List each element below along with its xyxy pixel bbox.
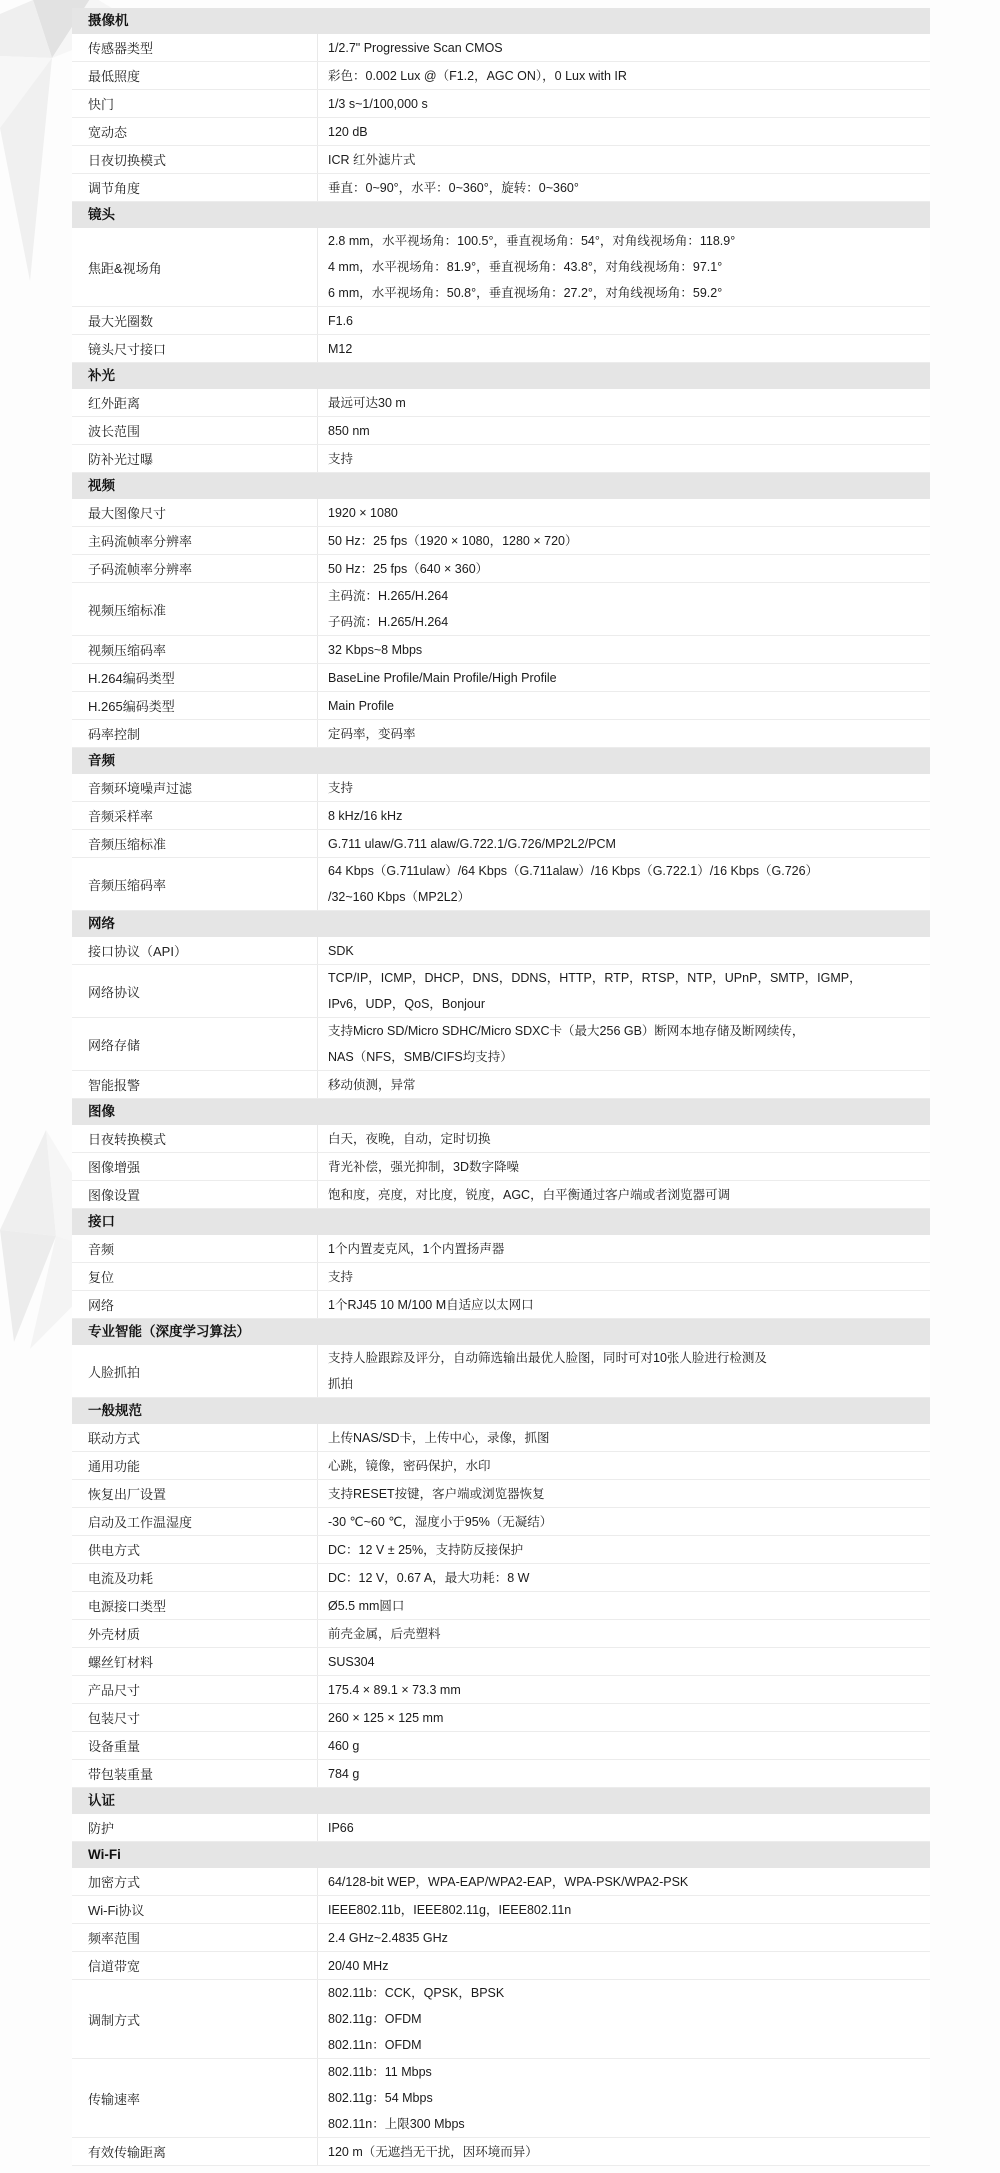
- section-title: 摄像机: [88, 13, 129, 28]
- spec-value: 802.11b：11 Mbps802.11g：54 Mbps802.11n：上限…: [318, 2059, 930, 2137]
- spec-label-text: 接口协议（API）: [88, 941, 187, 960]
- spec-value: 垂直：0~90°，水平：0~360°，旋转：0~360°: [318, 174, 930, 201]
- spec-value-line: 802.11b：CCK，QPSK，BPSK: [328, 1980, 920, 2006]
- spec-label-text: 最大图像尺寸: [88, 503, 166, 522]
- spec-value-line: 支持: [328, 1264, 920, 1290]
- section-header: 接口: [72, 1209, 930, 1235]
- spec-label-text: 红外距离: [88, 393, 140, 412]
- spec-label-text: 有效传输距离: [88, 2142, 166, 2161]
- spec-row: 启动及工作温湿度-30 ℃~60 ℃，湿度小于95%（无凝结）: [72, 1508, 930, 1536]
- spec-row: 最大光圈数F1.6: [72, 307, 930, 335]
- spec-label-text: 波长范围: [88, 421, 140, 440]
- section-header: Wi-Fi: [72, 1842, 930, 1868]
- spec-label: 智能报警: [72, 1071, 318, 1098]
- spec-label-text: 调节角度: [88, 178, 140, 197]
- spec-row: 音频采样率8 kHz/16 kHz: [72, 802, 930, 830]
- spec-value-line: 抓拍: [328, 1371, 920, 1397]
- spec-value-line: 移动侦测，异常: [328, 1072, 920, 1098]
- spec-value-line: 子码流：H.265/H.264: [328, 609, 920, 635]
- spec-label-text: Wi-Fi协议: [88, 1900, 144, 1919]
- spec-label-text: 智能报警: [88, 1075, 140, 1094]
- spec-label: 传感器类型: [72, 34, 318, 61]
- spec-label: 防护: [72, 1814, 318, 1841]
- spec-value: DC：12 V ± 25%，支持防反接保护: [318, 1536, 930, 1563]
- spec-row: 智能报警移动侦测，异常: [72, 1071, 930, 1099]
- spec-label: 音频压缩标准: [72, 830, 318, 857]
- spec-label-text: 网络协议: [88, 982, 140, 1001]
- spec-label: 音频: [72, 1235, 318, 1262]
- spec-value: 支持: [318, 445, 930, 472]
- spec-value: 50 Hz：25 fps（1920 × 1080，1280 × 720）: [318, 527, 930, 554]
- spec-value-line: 2.4 GHz~2.4835 GHz: [328, 1925, 920, 1951]
- spec-label: 产品尺寸: [72, 1676, 318, 1703]
- spec-label: 外壳材质: [72, 1620, 318, 1647]
- spec-row: 图像设置饱和度，亮度，对比度，锐度，AGC，白平衡通过客户端或者浏览器可调: [72, 1181, 930, 1209]
- spec-label: 调节角度: [72, 174, 318, 201]
- spec-label-text: 日夜切换模式: [88, 150, 166, 169]
- spec-value-line: 支持人脸跟踪及评分，自动筛选输出最优人脸图，同时可对10张人脸进行检测及: [328, 1345, 920, 1371]
- spec-value-line: 主码流：H.265/H.264: [328, 583, 920, 609]
- spec-value-line: ICR 红外滤片式: [328, 147, 920, 173]
- section-title: 视频: [88, 478, 115, 493]
- spec-value: 802.11b：CCK，QPSK，BPSK802.11g：OFDM802.11n…: [318, 1980, 930, 2058]
- spec-value-line: 460 g: [328, 1733, 920, 1759]
- spec-label-text: 镜头尺寸接口: [88, 339, 166, 358]
- spec-table: 摄像机传感器类型1/2.7" Progressive Scan CMOS最低照度…: [72, 8, 930, 2166]
- spec-label-text: 最大光圈数: [88, 311, 153, 330]
- spec-label-text: 音频压缩码率: [88, 875, 166, 894]
- spec-label: 主码流帧率分辨率: [72, 527, 318, 554]
- spec-value: 定码率，变码率: [318, 720, 930, 747]
- spec-label: 接口协议（API）: [72, 937, 318, 964]
- spec-label-text: 包装尺寸: [88, 1708, 140, 1727]
- spec-value-line: 背光补偿，强光抑制，3D数字降噪: [328, 1154, 920, 1180]
- spec-label-text: 快门: [88, 94, 114, 113]
- spec-row: 传感器类型1/2.7" Progressive Scan CMOS: [72, 34, 930, 62]
- spec-label-text: 视频压缩标准: [88, 600, 166, 619]
- spec-row: 焦距&视场角2.8 mm，水平视场角：100.5°，垂直视场角：54°，对角线视…: [72, 228, 930, 307]
- spec-value-line: 白天，夜晚，自动，定时切换: [328, 1126, 920, 1152]
- spec-value-line: SDK: [328, 938, 920, 964]
- spec-label: 恢复出厂设置: [72, 1480, 318, 1507]
- spec-row: 频率范围2.4 GHz~2.4835 GHz: [72, 1924, 930, 1952]
- spec-row: 主码流帧率分辨率50 Hz：25 fps（1920 × 1080，1280 × …: [72, 527, 930, 555]
- section-title: 网络: [88, 916, 115, 931]
- spec-label-text: 码率控制: [88, 724, 140, 743]
- spec-value: SUS304: [318, 1648, 930, 1675]
- spec-value-line: 6 mm，水平视场角：50.8°，垂直视场角：27.2°，对角线视场角：59.2…: [328, 280, 920, 306]
- spec-value-line: 1个内置麦克风，1个内置扬声器: [328, 1236, 920, 1262]
- spec-value: 260 × 125 × 125 mm: [318, 1704, 930, 1731]
- spec-value: Main Profile: [318, 692, 930, 719]
- spec-value-line: G.711 ulaw/G.711 alaw/G.722.1/G.726/MP2L…: [328, 831, 920, 857]
- spec-value: 64/128-bit WEP，WPA-EAP/WPA2-EAP，WPA-PSK/…: [318, 1868, 930, 1895]
- spec-value-line: 支持: [328, 446, 920, 472]
- spec-value: BaseLine Profile/Main Profile/High Profi…: [318, 664, 930, 691]
- spec-value: Ø5.5 mm圆口: [318, 1592, 930, 1619]
- spec-label-text: 图像增强: [88, 1157, 140, 1176]
- spec-value-line: 175.4 × 89.1 × 73.3 mm: [328, 1677, 920, 1703]
- section-header: 摄像机: [72, 8, 930, 34]
- spec-value: 175.4 × 89.1 × 73.3 mm: [318, 1676, 930, 1703]
- spec-label: 带包装重量: [72, 1760, 318, 1787]
- spec-value-line: BaseLine Profile/Main Profile/High Profi…: [328, 665, 920, 691]
- spec-row: 防补光过曝支持: [72, 445, 930, 473]
- spec-value: 20/40 MHz: [318, 1952, 930, 1979]
- section-header: 图像: [72, 1099, 930, 1125]
- spec-value: DC：12 V，0.67 A，最大功耗：8 W: [318, 1564, 930, 1591]
- spec-value-line: TCP/IP，ICMP，DHCP，DNS，DDNS，HTTP，RTP，RTSP，…: [328, 965, 920, 991]
- section-title: 接口: [88, 1214, 115, 1229]
- section-title: 补光: [88, 368, 115, 383]
- spec-value: 白天，夜晚，自动，定时切换: [318, 1125, 930, 1152]
- spec-row: H.264编码类型BaseLine Profile/Main Profile/H…: [72, 664, 930, 692]
- spec-value-line: 1/2.7" Progressive Scan CMOS: [328, 35, 920, 61]
- spec-label: 防补光过曝: [72, 445, 318, 472]
- spec-label-text: 图像设置: [88, 1185, 140, 1204]
- spec-value: 460 g: [318, 1732, 930, 1759]
- spec-value-line: 20/40 MHz: [328, 1953, 920, 1979]
- spec-label: 网络存储: [72, 1018, 318, 1070]
- section-header: 视频: [72, 473, 930, 499]
- spec-label-text: 宽动态: [88, 122, 127, 141]
- spec-label-text: 音频压缩标准: [88, 834, 166, 853]
- spec-value-line: 4 mm，水平视场角：81.9°，垂直视场角：43.8°，对角线视场角：97.1…: [328, 254, 920, 280]
- spec-label: 日夜转换模式: [72, 1125, 318, 1152]
- spec-label: 人脸抓拍: [72, 1345, 318, 1397]
- spec-label: 网络协议: [72, 965, 318, 1017]
- spec-value: 支持: [318, 1263, 930, 1290]
- spec-label: H.264编码类型: [72, 664, 318, 691]
- spec-value: 120 m（无遮挡无干扰，因环境而异）: [318, 2138, 930, 2165]
- spec-label: 视频压缩标准: [72, 583, 318, 635]
- spec-label-text: 通用功能: [88, 1456, 140, 1475]
- spec-value-line: 32 Kbps~8 Mbps: [328, 637, 920, 663]
- spec-label: 通用功能: [72, 1452, 318, 1479]
- spec-row: 防护IP66: [72, 1814, 930, 1842]
- spec-label: 复位: [72, 1263, 318, 1290]
- spec-value-line: 64/128-bit WEP，WPA-EAP/WPA2-EAP，WPA-PSK/…: [328, 1869, 920, 1895]
- spec-value-line: 上传NAS/SD卡，上传中心，录像，抓图: [328, 1425, 920, 1451]
- section-title: 图像: [88, 1104, 115, 1119]
- spec-value-line: M12: [328, 336, 920, 362]
- spec-row: 网络协议TCP/IP，ICMP，DHCP，DNS，DDNS，HTTP，RTP，R…: [72, 965, 930, 1018]
- spec-row: 产品尺寸175.4 × 89.1 × 73.3 mm: [72, 1676, 930, 1704]
- spec-row: 音频压缩标准G.711 ulaw/G.711 alaw/G.722.1/G.72…: [72, 830, 930, 858]
- spec-value-line: 定码率，变码率: [328, 721, 920, 747]
- spec-value-line: 802.11b：11 Mbps: [328, 2059, 920, 2085]
- spec-label-text: 日夜转换模式: [88, 1129, 166, 1148]
- spec-value: 784 g: [318, 1760, 930, 1787]
- spec-label: 电源接口类型: [72, 1592, 318, 1619]
- spec-value: 50 Hz：25 fps（640 × 360）: [318, 555, 930, 582]
- spec-value-line: DC：12 V，0.67 A，最大功耗：8 W: [328, 1565, 920, 1591]
- spec-row: 恢复出厂设置支持RESET按键，客户端或浏览器恢复: [72, 1480, 930, 1508]
- spec-label-text: 复位: [88, 1267, 114, 1286]
- spec-row: 接口协议（API）SDK: [72, 937, 930, 965]
- spec-label-text: 产品尺寸: [88, 1680, 140, 1699]
- spec-label: 宽动态: [72, 118, 318, 145]
- spec-label: 日夜切换模式: [72, 146, 318, 173]
- spec-value: 850 nm: [318, 417, 930, 444]
- spec-row: 音频环境噪声过滤支持: [72, 774, 930, 802]
- spec-value: 8 kHz/16 kHz: [318, 802, 930, 829]
- spec-row: 最低照度彩色：0.002 Lux @（F1.2，AGC ON），0 Lux wi…: [72, 62, 930, 90]
- spec-label: 快门: [72, 90, 318, 117]
- section-title: 一般规范: [88, 1403, 142, 1418]
- spec-row: 宽动态120 dB: [72, 118, 930, 146]
- spec-value-line: DC：12 V ± 25%，支持防反接保护: [328, 1537, 920, 1563]
- spec-value: 1/3 s~1/100,000 s: [318, 90, 930, 117]
- spec-value: 主码流：H.265/H.264子码流：H.265/H.264: [318, 583, 930, 635]
- spec-value-line: IPv6，UDP，QoS，Bonjour: [328, 991, 920, 1017]
- spec-row: 视频压缩码率32 Kbps~8 Mbps: [72, 636, 930, 664]
- spec-value-line: 802.11g：54 Mbps: [328, 2085, 920, 2111]
- spec-row: 带包装重量784 g: [72, 1760, 930, 1788]
- spec-value-line: 802.11n：OFDM: [328, 2032, 920, 2058]
- spec-label-text: 恢复出厂设置: [88, 1484, 166, 1503]
- spec-label: 加密方式: [72, 1868, 318, 1895]
- spec-label: 传输速率: [72, 2059, 318, 2137]
- spec-label-text: 电源接口类型: [88, 1596, 166, 1615]
- spec-label: 包装尺寸: [72, 1704, 318, 1731]
- spec-value-line: NAS（NFS，SMB/CIFS均支持）: [328, 1044, 920, 1070]
- spec-label: 最大光圈数: [72, 307, 318, 334]
- spec-row: 设备重量460 g: [72, 1732, 930, 1760]
- spec-value-line: IEEE802.11b，IEEE802.11g，IEEE802.11n: [328, 1897, 920, 1923]
- spec-label: 码率控制: [72, 720, 318, 747]
- section-title: Wi-Fi: [88, 1847, 121, 1862]
- spec-label: 子码流帧率分辨率: [72, 555, 318, 582]
- spec-row: 加密方式64/128-bit WEP，WPA-EAP/WPA2-EAP，WPA-…: [72, 1868, 930, 1896]
- spec-label-text: 加密方式: [88, 1872, 140, 1891]
- spec-row: 日夜切换模式ICR 红外滤片式: [72, 146, 930, 174]
- spec-label-text: 最低照度: [88, 66, 140, 85]
- spec-label: 视频压缩码率: [72, 636, 318, 663]
- spec-value-line: SUS304: [328, 1649, 920, 1675]
- spec-value-line: 支持RESET按键，客户端或浏览器恢复: [328, 1481, 920, 1507]
- spec-value: 饱和度，亮度，对比度，锐度，AGC，白平衡通过客户端或者浏览器可调: [318, 1181, 930, 1208]
- spec-value: 前壳金属，后壳塑料: [318, 1620, 930, 1647]
- spec-label-text: H.264编码类型: [88, 668, 175, 687]
- spec-value: 最远可达30 m: [318, 389, 930, 416]
- spec-row: H.265编码类型Main Profile: [72, 692, 930, 720]
- spec-label-text: 设备重量: [88, 1736, 140, 1755]
- spec-label: 启动及工作温湿度: [72, 1508, 318, 1535]
- spec-value-line: 1/3 s~1/100,000 s: [328, 91, 920, 117]
- spec-label: 音频环境噪声过滤: [72, 774, 318, 801]
- spec-label-text: 联动方式: [88, 1428, 140, 1447]
- spec-label-text: 视频压缩码率: [88, 640, 166, 659]
- spec-label-text: 网络: [88, 1295, 114, 1314]
- spec-label-text: 人脸抓拍: [88, 1362, 140, 1381]
- spec-label: 镜头尺寸接口: [72, 335, 318, 362]
- spec-value-line: 50 Hz：25 fps（1920 × 1080，1280 × 720）: [328, 528, 920, 554]
- spec-value-line: 1920 × 1080: [328, 500, 920, 526]
- section-header: 镜头: [72, 202, 930, 228]
- spec-value: -30 ℃~60 ℃，湿度小于95%（无凝结）: [318, 1508, 930, 1535]
- section-header: 网络: [72, 911, 930, 937]
- spec-value: 1920 × 1080: [318, 499, 930, 526]
- spec-value: F1.6: [318, 307, 930, 334]
- spec-row: 供电方式DC：12 V ± 25%，支持防反接保护: [72, 1536, 930, 1564]
- spec-value-line: /32~160 Kbps（MP2L2）: [328, 884, 920, 910]
- spec-value: 移动侦测，异常: [318, 1071, 930, 1098]
- section-title: 音频: [88, 753, 115, 768]
- spec-label: 供电方式: [72, 1536, 318, 1563]
- spec-value-line: 260 × 125 × 125 mm: [328, 1705, 920, 1731]
- spec-label-text: 调制方式: [88, 2010, 140, 2029]
- spec-value-line: 前壳金属，后壳塑料: [328, 1621, 920, 1647]
- spec-row: Wi-Fi协议IEEE802.11b，IEEE802.11g，IEEE802.1…: [72, 1896, 930, 1924]
- spec-row: 传输速率802.11b：11 Mbps802.11g：54 Mbps802.11…: [72, 2059, 930, 2138]
- spec-row: 网络存储支持Micro SD/Micro SDHC/Micro SDXC卡（最大…: [72, 1018, 930, 1071]
- spec-value: 64 Kbps（G.711ulaw）/64 Kbps（G.711alaw）/16…: [318, 858, 930, 910]
- spec-value: 2.8 mm，水平视场角：100.5°，垂直视场角：54°，对角线视场角：118…: [318, 228, 930, 306]
- spec-row: 信道带宽20/40 MHz: [72, 1952, 930, 1980]
- spec-row: 快门1/3 s~1/100,000 s: [72, 90, 930, 118]
- spec-label-text: 螺丝钉材料: [88, 1652, 153, 1671]
- spec-value-line: 饱和度，亮度，对比度，锐度，AGC，白平衡通过客户端或者浏览器可调: [328, 1182, 920, 1208]
- spec-value-line: 850 nm: [328, 418, 920, 444]
- spec-value: G.711 ulaw/G.711 alaw/G.722.1/G.726/MP2L…: [318, 830, 930, 857]
- spec-value: 1个内置麦克风，1个内置扬声器: [318, 1235, 930, 1262]
- spec-label-text: 音频: [88, 1239, 114, 1258]
- spec-value-line: 支持: [328, 775, 920, 801]
- section-title: 镜头: [88, 207, 115, 222]
- spec-value-line: 最远可达30 m: [328, 390, 920, 416]
- spec-value-line: 120 dB: [328, 119, 920, 145]
- spec-row: 红外距离最远可达30 m: [72, 389, 930, 417]
- spec-value: 120 dB: [318, 118, 930, 145]
- spec-label-text: 电流及功耗: [88, 1568, 153, 1587]
- spec-value-line: IP66: [328, 1815, 920, 1841]
- spec-label: 电流及功耗: [72, 1564, 318, 1591]
- spec-label-text: 主码流帧率分辨率: [88, 531, 192, 550]
- section-title: 认证: [88, 1793, 115, 1808]
- spec-value-line: 8 kHz/16 kHz: [328, 803, 920, 829]
- spec-label: 红外距离: [72, 389, 318, 416]
- spec-label: 联动方式: [72, 1424, 318, 1451]
- spec-row: 通用功能心跳，镜像，密码保护，水印: [72, 1452, 930, 1480]
- spec-label-text: 防补光过曝: [88, 449, 153, 468]
- spec-value: 支持: [318, 774, 930, 801]
- spec-row: 音频1个内置麦克风，1个内置扬声器: [72, 1235, 930, 1263]
- spec-label: 音频采样率: [72, 802, 318, 829]
- spec-row: 包装尺寸260 × 125 × 125 mm: [72, 1704, 930, 1732]
- spec-value: 上传NAS/SD卡，上传中心，录像，抓图: [318, 1424, 930, 1451]
- section-header: 专业智能（深度学习算法）: [72, 1319, 930, 1345]
- spec-value-line: 120 m（无遮挡无干扰，因环境而异）: [328, 2139, 920, 2165]
- spec-label: 有效传输距离: [72, 2138, 318, 2165]
- spec-label-text: 音频采样率: [88, 806, 153, 825]
- spec-row: 螺丝钉材料SUS304: [72, 1648, 930, 1676]
- spec-row: 子码流帧率分辨率50 Hz：25 fps（640 × 360）: [72, 555, 930, 583]
- spec-sheet-page: 摄像机传感器类型1/2.7" Progressive Scan CMOS最低照度…: [0, 0, 1000, 2173]
- spec-label-text: 防护: [88, 1818, 114, 1837]
- spec-value: SDK: [318, 937, 930, 964]
- section-header: 音频: [72, 748, 930, 774]
- spec-value: 2.4 GHz~2.4835 GHz: [318, 1924, 930, 1951]
- spec-value-line: 784 g: [328, 1761, 920, 1787]
- spec-value: 1个RJ45 10 M/100 M自适应以太网口: [318, 1291, 930, 1318]
- spec-row: 音频压缩码率64 Kbps（G.711ulaw）/64 Kbps（G.711al…: [72, 858, 930, 911]
- spec-value-line: 心跳，镜像，密码保护，水印: [328, 1453, 920, 1479]
- spec-value-line: 2.8 mm，水平视场角：100.5°，垂直视场角：54°，对角线视场角：118…: [328, 228, 920, 254]
- spec-value: 1/2.7" Progressive Scan CMOS: [318, 34, 930, 61]
- spec-value: ICR 红外滤片式: [318, 146, 930, 173]
- spec-row: 最大图像尺寸1920 × 1080: [72, 499, 930, 527]
- spec-label: 音频压缩码率: [72, 858, 318, 910]
- spec-row: 调制方式802.11b：CCK，QPSK，BPSK802.11g：OFDM802…: [72, 1980, 930, 2059]
- spec-value-line: F1.6: [328, 308, 920, 334]
- spec-label-text: 音频环境噪声过滤: [88, 778, 192, 797]
- spec-row: 镜头尺寸接口M12: [72, 335, 930, 363]
- spec-label-text: 传输速率: [88, 2089, 140, 2108]
- spec-label-text: 子码流帧率分辨率: [88, 559, 192, 578]
- spec-label-text: 带包装重量: [88, 1764, 153, 1783]
- spec-value-line: 垂直：0~90°，水平：0~360°，旋转：0~360°: [328, 175, 920, 201]
- spec-label-text: 启动及工作温湿度: [88, 1512, 192, 1531]
- spec-row: 复位支持: [72, 1263, 930, 1291]
- spec-label: Wi-Fi协议: [72, 1896, 318, 1923]
- spec-value: TCP/IP，ICMP，DHCP，DNS，DDNS，HTTP，RTP，RTSP，…: [318, 965, 930, 1017]
- spec-label: 焦距&视场角: [72, 228, 318, 306]
- spec-label: 波长范围: [72, 417, 318, 444]
- spec-value-line: 支持Micro SD/Micro SDHC/Micro SDXC卡（最大256 …: [328, 1018, 920, 1044]
- spec-label-text: 频率范围: [88, 1928, 140, 1947]
- spec-value: 32 Kbps~8 Mbps: [318, 636, 930, 663]
- spec-label-text: 外壳材质: [88, 1624, 140, 1643]
- spec-label: 螺丝钉材料: [72, 1648, 318, 1675]
- spec-label: 频率范围: [72, 1924, 318, 1951]
- spec-label: 设备重量: [72, 1732, 318, 1759]
- spec-value-line: 1个RJ45 10 M/100 M自适应以太网口: [328, 1292, 920, 1318]
- spec-label: 最大图像尺寸: [72, 499, 318, 526]
- spec-label: 网络: [72, 1291, 318, 1318]
- spec-label-text: 焦距&视场角: [88, 258, 162, 277]
- spec-row: 联动方式上传NAS/SD卡，上传中心，录像，抓图: [72, 1424, 930, 1452]
- spec-row: 日夜转换模式白天，夜晚，自动，定时切换: [72, 1125, 930, 1153]
- spec-row: 电流及功耗DC：12 V，0.67 A，最大功耗：8 W: [72, 1564, 930, 1592]
- spec-row: 图像增强背光补偿，强光抑制，3D数字降噪: [72, 1153, 930, 1181]
- spec-label-text: 传感器类型: [88, 38, 153, 57]
- spec-value: 支持人脸跟踪及评分，自动筛选输出最优人脸图，同时可对10张人脸进行检测及抓拍: [318, 1345, 930, 1397]
- spec-row: 码率控制定码率，变码率: [72, 720, 930, 748]
- section-header: 一般规范: [72, 1398, 930, 1424]
- spec-row: 外壳材质前壳金属，后壳塑料: [72, 1620, 930, 1648]
- spec-label-text: H.265编码类型: [88, 696, 175, 715]
- spec-value-line: 彩色：0.002 Lux @（F1.2，AGC ON），0 Lux with I…: [328, 63, 920, 89]
- spec-row: 人脸抓拍支持人脸跟踪及评分，自动筛选输出最优人脸图，同时可对10张人脸进行检测及…: [72, 1345, 930, 1398]
- spec-value: IP66: [318, 1814, 930, 1841]
- spec-label: 最低照度: [72, 62, 318, 89]
- spec-label: 图像增强: [72, 1153, 318, 1180]
- spec-value: 彩色：0.002 Lux @（F1.2，AGC ON），0 Lux with I…: [318, 62, 930, 89]
- spec-label: 信道带宽: [72, 1952, 318, 1979]
- spec-value-line: Main Profile: [328, 693, 920, 719]
- spec-value: 支持Micro SD/Micro SDHC/Micro SDXC卡（最大256 …: [318, 1018, 930, 1070]
- spec-value: M12: [318, 335, 930, 362]
- spec-label: 图像设置: [72, 1181, 318, 1208]
- spec-value-line: -30 ℃~60 ℃，湿度小于95%（无凝结）: [328, 1509, 920, 1535]
- spec-label-text: 信道带宽: [88, 1956, 140, 1975]
- section-title: 专业智能（深度学习算法）: [88, 1324, 250, 1339]
- spec-value: 支持RESET按键，客户端或浏览器恢复: [318, 1480, 930, 1507]
- spec-row: 波长范围850 nm: [72, 417, 930, 445]
- spec-row: 有效传输距离120 m（无遮挡无干扰，因环境而异）: [72, 2138, 930, 2166]
- spec-label: 调制方式: [72, 1980, 318, 2058]
